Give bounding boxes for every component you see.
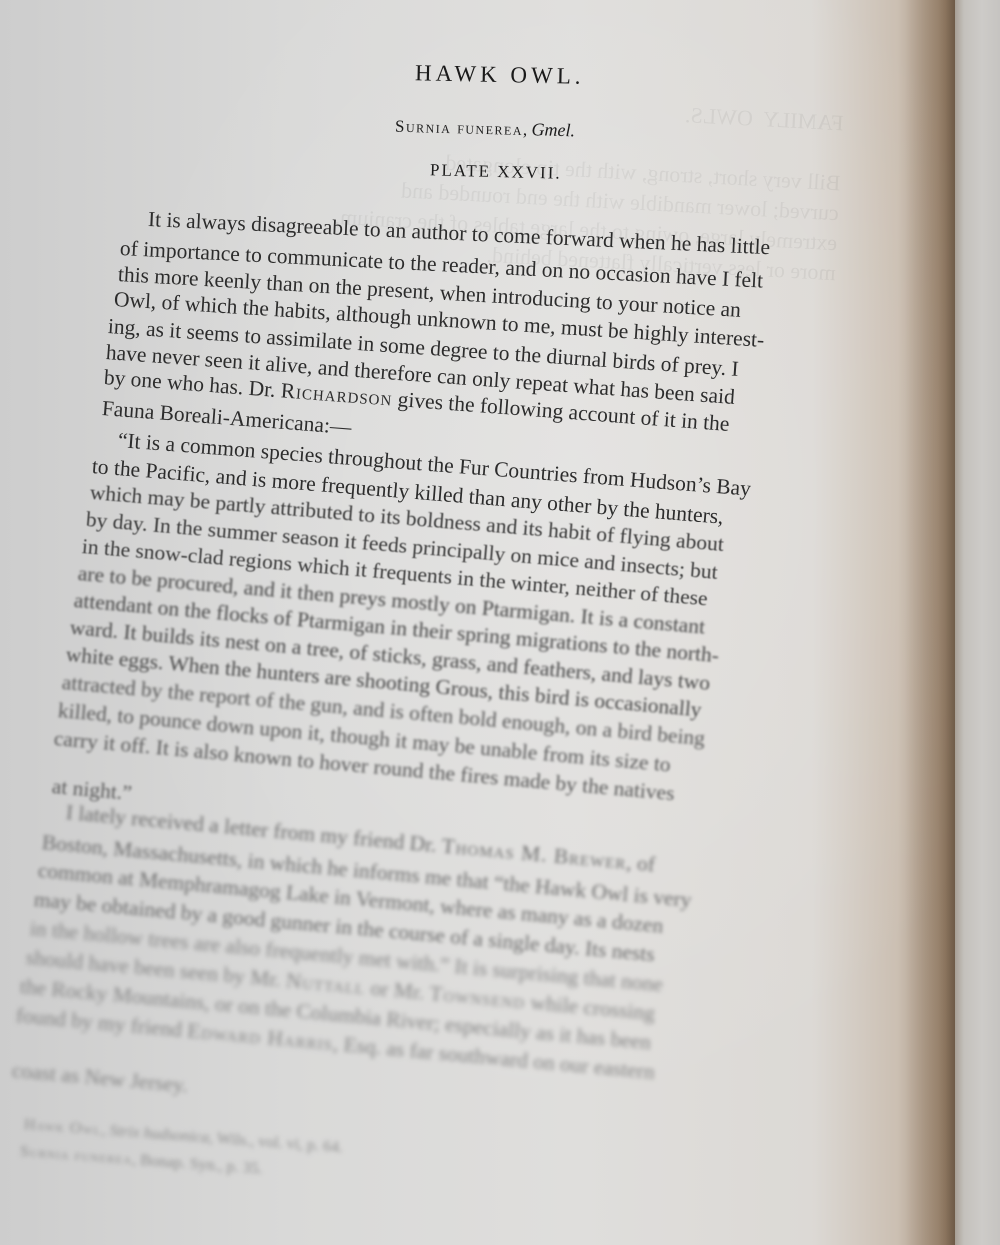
text-line: at night.” [51, 774, 133, 806]
plate-number: PLATE XXVII. [430, 160, 562, 183]
text-line: coast as New Jersey. [11, 1058, 189, 1098]
book-photo: FAMILY OWLS. Bill very short, strong, wi… [0, 0, 1000, 1245]
page-title: HAWK OWL. [415, 60, 585, 90]
species-name: Surnia funerea, Gmel. [395, 116, 576, 142]
page-text: HAWK OWL. Surnia funerea, Gmel. PLATE XX… [0, 0, 1000, 1245]
species-binomial: Surnia funerea [395, 117, 524, 139]
species-authority: Gmel. [531, 119, 575, 140]
